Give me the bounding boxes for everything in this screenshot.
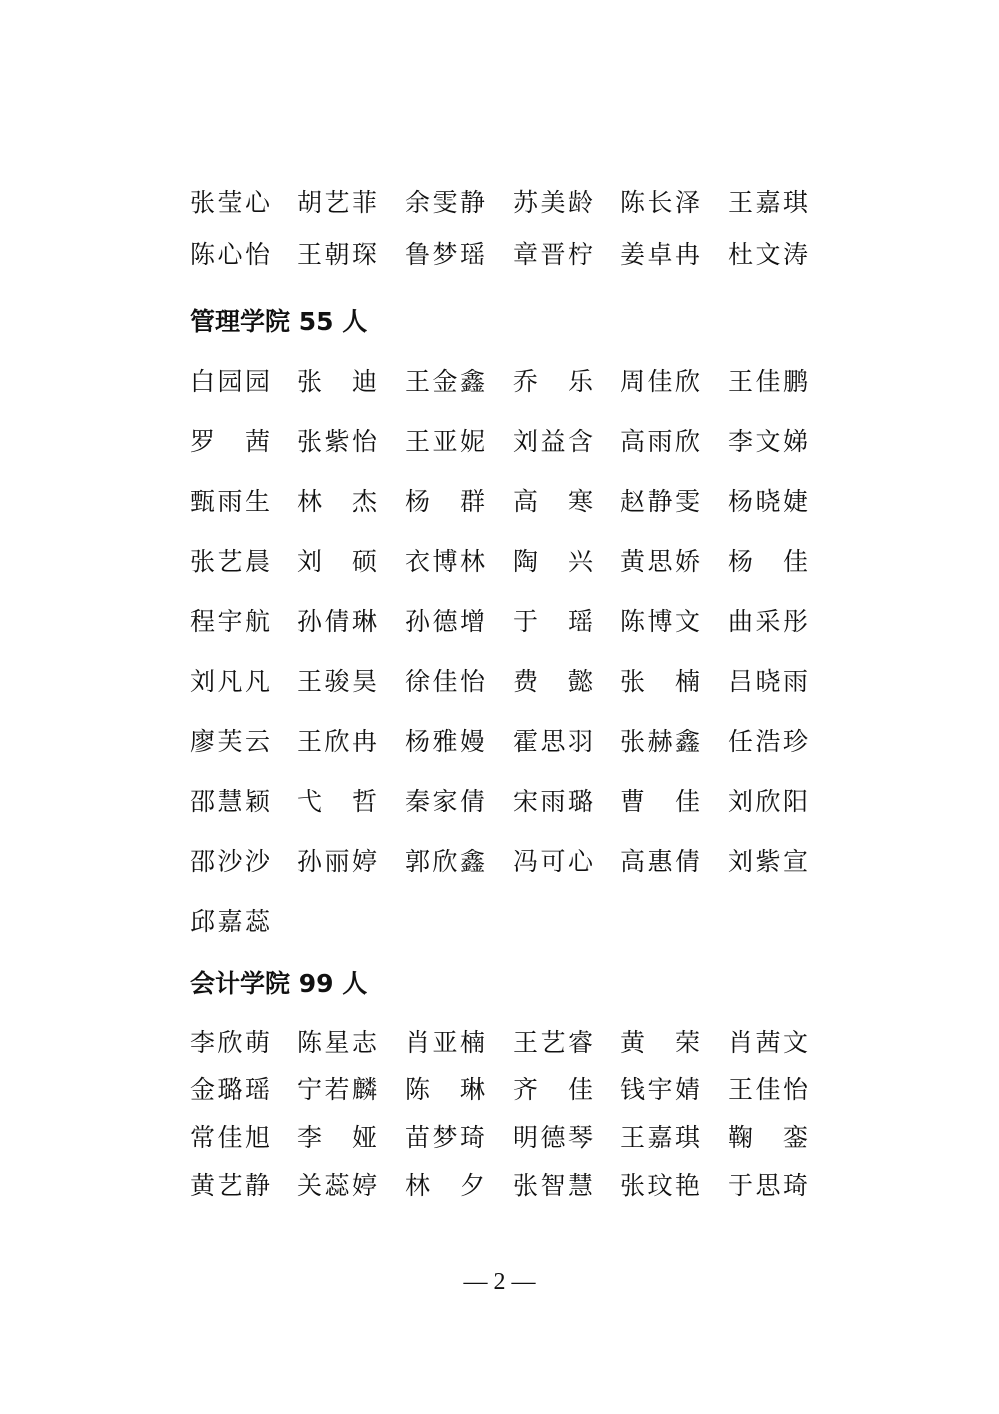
person-name: 王朝琛 xyxy=(297,239,377,271)
person-name: 郭欣鑫 xyxy=(405,846,485,878)
person-name: 王欣冉 xyxy=(297,726,377,758)
person-name: 陈心怡 xyxy=(190,239,270,271)
person-name: 衣博林 xyxy=(405,546,485,578)
person-name: 刘紫宣 xyxy=(728,846,808,878)
person-name: 姜卓冉 xyxy=(620,239,700,271)
name-row: 黄艺静关蕊婷林夕张智慧张玟艳于思琦 xyxy=(190,1170,830,1202)
person-name: 肖茜文 xyxy=(728,1027,808,1059)
person-name: 孙倩琳 xyxy=(297,606,377,638)
person-name: 明德琴 xyxy=(513,1122,593,1154)
section-heading: 会计学院 99 人 xyxy=(190,968,367,1000)
person-name: 杨晓婕 xyxy=(728,486,808,518)
person-name: 乔乐 xyxy=(513,366,593,398)
person-name: 胡艺菲 xyxy=(297,187,377,219)
person-name: 刘凡凡 xyxy=(190,666,270,698)
name-row: 张艺晨刘硕衣博林陶兴黄思娇杨佳 xyxy=(190,546,830,578)
person-name: 徐佳怡 xyxy=(405,666,485,698)
person-name: 宁若麟 xyxy=(297,1074,377,1106)
name-row: 常佳旭李娅苗梦琦明德琴王嘉琪鞠銮 xyxy=(190,1122,830,1154)
name-row: 邱嘉蕊 xyxy=(190,906,830,938)
name-row: 白园园张迪王金鑫乔乐周佳欣王佳鹏 xyxy=(190,366,830,398)
name-row: 刘凡凡王骏昊徐佳怡费懿张楠吕晓雨 xyxy=(190,666,830,698)
name-row: 邵慧颖弋哲秦家倩宋雨璐曹佳刘欣阳 xyxy=(190,786,830,818)
person-name: 鞠銮 xyxy=(728,1122,808,1154)
name-row: 陈心怡王朝琛鲁梦瑶章晋柠姜卓冉杜文涛 xyxy=(190,239,830,271)
person-name: 杨佳 xyxy=(728,546,808,578)
person-name: 杨群 xyxy=(405,486,485,518)
name-row: 甄雨生林杰杨群高寒赵静雯杨晓婕 xyxy=(190,486,830,518)
person-name: 杨雅嫚 xyxy=(405,726,485,758)
person-name: 张迪 xyxy=(297,366,377,398)
person-name: 王艺睿 xyxy=(513,1027,593,1059)
person-name: 黄荣 xyxy=(620,1027,700,1059)
person-name: 刘益含 xyxy=(513,426,593,458)
document-page: 张莹心胡艺菲余雯静苏美龄陈长泽王嘉琪陈心怡王朝琛鲁梦瑶章晋柠姜卓冉杜文涛管理学院… xyxy=(0,0,999,1414)
person-name: 肖亚楠 xyxy=(405,1027,485,1059)
person-name: 王金鑫 xyxy=(405,366,485,398)
person-name: 霍思羽 xyxy=(513,726,593,758)
person-name: 于瑶 xyxy=(513,606,593,638)
person-name: 张莹心 xyxy=(190,187,270,219)
page-number: — 2 — xyxy=(0,1267,999,1297)
person-name: 王亚妮 xyxy=(405,426,485,458)
person-name: 费懿 xyxy=(513,666,593,698)
person-name: 黄艺静 xyxy=(190,1170,270,1202)
person-name: 李欣萌 xyxy=(190,1027,270,1059)
person-name: 程宇航 xyxy=(190,606,270,638)
person-name: 张艺晨 xyxy=(190,546,270,578)
person-name: 钱宇婧 xyxy=(620,1074,700,1106)
person-name: 苗梦琦 xyxy=(405,1122,485,1154)
person-name: 黄思娇 xyxy=(620,546,700,578)
person-name: 弋哲 xyxy=(297,786,377,818)
person-name: 甄雨生 xyxy=(190,486,270,518)
name-row: 张莹心胡艺菲余雯静苏美龄陈长泽王嘉琪 xyxy=(190,187,830,219)
name-row: 金璐瑶宁若麟陈琳齐佳钱宇婧王佳怡 xyxy=(190,1074,830,1106)
person-name: 邵慧颖 xyxy=(190,786,270,818)
person-name: 邵沙沙 xyxy=(190,846,270,878)
person-name: 高寒 xyxy=(513,486,593,518)
person-name: 周佳欣 xyxy=(620,366,700,398)
person-name: 常佳旭 xyxy=(190,1122,270,1154)
person-name: 任浩珍 xyxy=(728,726,808,758)
person-name: 张智慧 xyxy=(513,1170,593,1202)
person-name: 李娅 xyxy=(297,1122,377,1154)
name-row: 廖芙云王欣冉杨雅嫚霍思羽张赫鑫任浩珍 xyxy=(190,726,830,758)
person-name: 孙丽婷 xyxy=(297,846,377,878)
person-name: 刘欣阳 xyxy=(728,786,808,818)
person-name: 陈琳 xyxy=(405,1074,485,1106)
person-name: 邱嘉蕊 xyxy=(190,906,270,938)
person-name: 吕晓雨 xyxy=(728,666,808,698)
person-name: 高雨欣 xyxy=(620,426,700,458)
person-name: 张紫怡 xyxy=(297,426,377,458)
person-name: 陶兴 xyxy=(513,546,593,578)
person-name: 冯可心 xyxy=(513,846,593,878)
person-name: 张玟艳 xyxy=(620,1170,700,1202)
person-name: 李文娣 xyxy=(728,426,808,458)
person-name: 高惠倩 xyxy=(620,846,700,878)
person-name: 关蕊婷 xyxy=(297,1170,377,1202)
person-name: 王嘉琪 xyxy=(620,1122,700,1154)
name-row: 李欣萌陈星志肖亚楠王艺睿黄荣肖茜文 xyxy=(190,1027,830,1059)
person-name: 张楠 xyxy=(620,666,700,698)
person-name: 王骏昊 xyxy=(297,666,377,698)
person-name: 于思琦 xyxy=(728,1170,808,1202)
person-name: 罗茜 xyxy=(190,426,270,458)
person-name: 王佳怡 xyxy=(728,1074,808,1106)
person-name: 王嘉琪 xyxy=(728,187,808,219)
person-name: 张赫鑫 xyxy=(620,726,700,758)
person-name: 孙德增 xyxy=(405,606,485,638)
person-name: 刘硕 xyxy=(297,546,377,578)
person-name: 鲁梦瑶 xyxy=(405,239,485,271)
person-name: 赵静雯 xyxy=(620,486,700,518)
person-name: 林夕 xyxy=(405,1170,485,1202)
person-name: 章晋柠 xyxy=(513,239,593,271)
person-name: 齐佳 xyxy=(513,1074,593,1106)
person-name: 金璐瑶 xyxy=(190,1074,270,1106)
person-name: 杜文涛 xyxy=(728,239,808,271)
name-row: 程宇航孙倩琳孙德增于瑶陈博文曲采彤 xyxy=(190,606,830,638)
person-name: 王佳鹏 xyxy=(728,366,808,398)
person-name: 林杰 xyxy=(297,486,377,518)
person-name: 白园园 xyxy=(190,366,270,398)
person-name: 曲采彤 xyxy=(728,606,808,638)
person-name: 曹佳 xyxy=(620,786,700,818)
person-name: 廖芙云 xyxy=(190,726,270,758)
person-name: 秦家倩 xyxy=(405,786,485,818)
person-name: 陈长泽 xyxy=(620,187,700,219)
section-heading: 管理学院 55 人 xyxy=(190,306,367,338)
name-row: 邵沙沙孙丽婷郭欣鑫冯可心高惠倩刘紫宣 xyxy=(190,846,830,878)
person-name: 陈博文 xyxy=(620,606,700,638)
person-name: 苏美龄 xyxy=(513,187,593,219)
person-name: 宋雨璐 xyxy=(513,786,593,818)
person-name: 陈星志 xyxy=(297,1027,377,1059)
name-row: 罗茜张紫怡王亚妮刘益含高雨欣李文娣 xyxy=(190,426,830,458)
person-name: 余雯静 xyxy=(405,187,485,219)
